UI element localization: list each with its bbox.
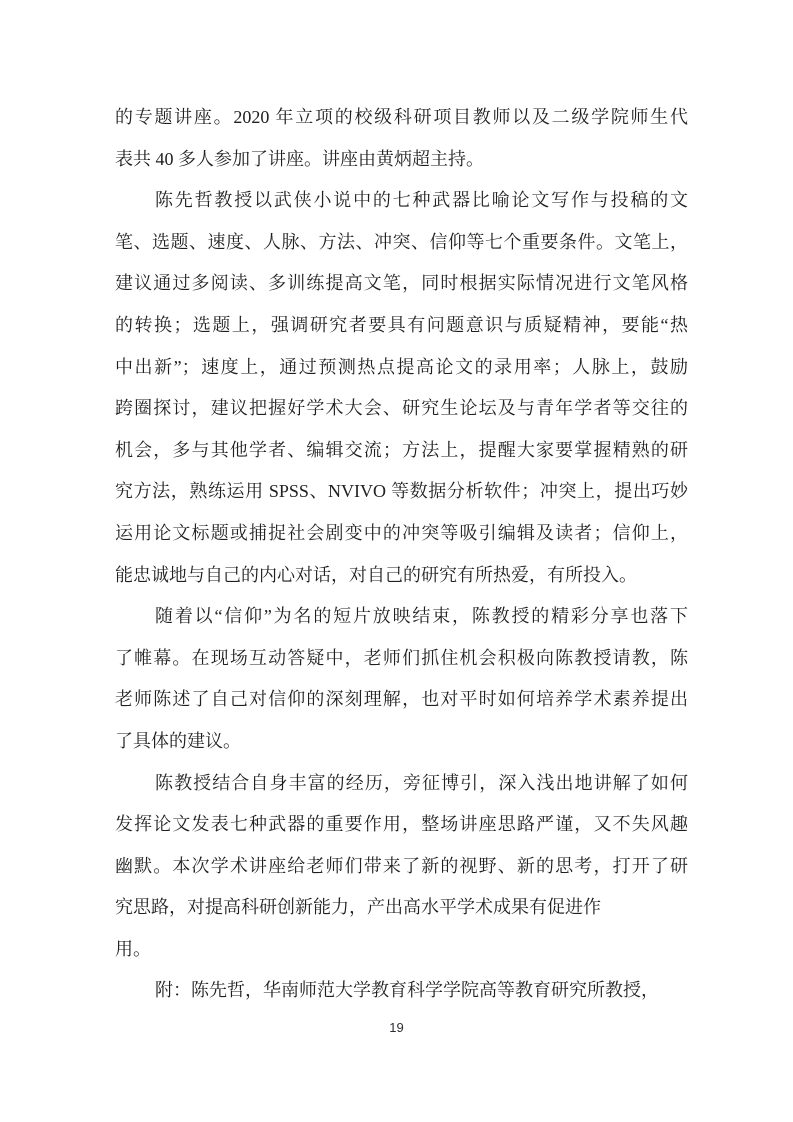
text-line: 发挥论文发表七种武器的重要作用，整场讲座思路严谨，又不失风趣 — [115, 804, 688, 846]
text-line: 的专题讲座。2020 年立项的校级科研项目教师以及二级学院师生代 — [115, 97, 688, 139]
text-line: 了帷幕。在现场互动答疑中，老师们抓住机会积极向陈教授请教，陈 — [115, 638, 688, 680]
text-line: 的转换；选题上，强调研究者要具有问题意识与质疑精神，要能“热 — [115, 305, 688, 347]
document-body: 的专题讲座。2020 年立项的校级科研项目教师以及二级学院师生代 表共 40 多… — [115, 97, 688, 1012]
text-line: 建议通过多阅读、多训练提高文笔，同时根据实际情况进行文笔风格 — [115, 263, 688, 305]
text-line: 随着以“信仰”为名的短片放映结束，陈教授的精彩分享也落下 — [115, 596, 688, 638]
text-line: 究方法，熟练运用 SPSS、NVIVO 等数据分析软件；冲突上，提出巧妙 — [115, 471, 688, 513]
text-line: 了具体的建议。 — [115, 721, 688, 763]
text-line: 幽默。本次学术讲座给老师们带来了新的视野、新的思考，打开了研 — [115, 846, 688, 888]
text-line: 运用论文标题或捕捉社会剧变中的冲突等吸引编辑及读者；信仰上， — [115, 513, 688, 555]
text-line: 陈先哲教授以武侠小说中的七种武器比喻论文写作与投稿的文 — [115, 180, 688, 222]
document-page: 的专题讲座。2020 年立项的校级科研项目教师以及二级学院师生代 表共 40 多… — [0, 0, 793, 1122]
text-line: 机会，多与其他学者、编辑交流；方法上，提醒大家要掌握精熟的研 — [115, 430, 688, 472]
page-number: 19 — [0, 1020, 793, 1035]
text-line: 中出新”；速度上，通过预测热点提高论文的录用率；人脉上，鼓励 — [115, 347, 688, 389]
text-line: 老师陈述了自己对信仰的深刻理解，也对平时如何培养学术素养提出 — [115, 679, 688, 721]
text-line: 跨圈探讨，建议把握好学术大会、研究生论坛及与青年学者等交往的 — [115, 388, 688, 430]
text-line: 表共 40 多人参加了讲座。讲座由黄炳超主持。 — [115, 139, 688, 181]
text-line: 究思路，对提高科研创新能力，产出高水平学术成果有促进作 — [115, 887, 688, 929]
text-line: 用。 — [115, 929, 688, 971]
text-line: 笔、选题、速度、人脉、方法、冲突、信仰等七个重要条件。文笔上， — [115, 222, 688, 264]
text-line: 陈教授结合自身丰富的经历，旁征博引，深入浅出地讲解了如何 — [115, 763, 688, 805]
text-line: 能忠诚地与自己的内心对话，对自己的研究有所热爱，有所投入。 — [115, 555, 688, 597]
text-line: 附：陈先哲，华南师范大学教育科学学院高等教育研究所教授， — [115, 970, 688, 1012]
